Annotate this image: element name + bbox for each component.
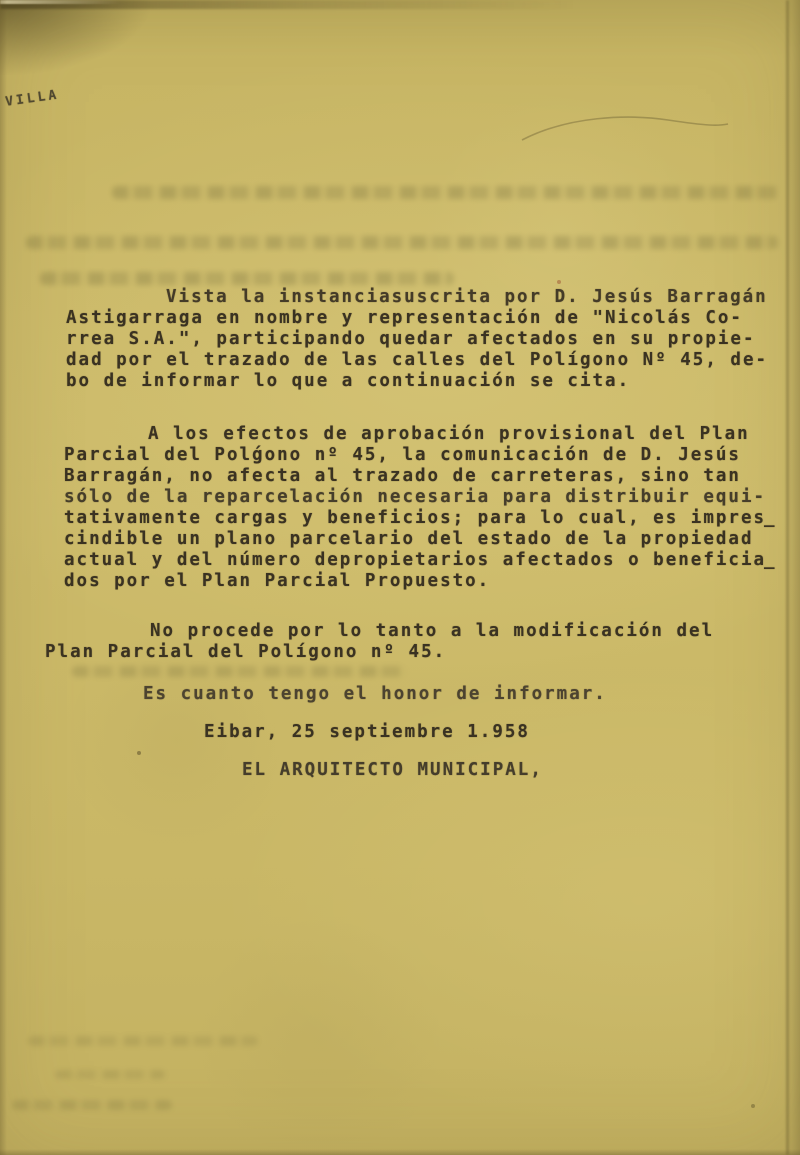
paragraph-conclusion: No procede por lo tanto a la modificació… (45, 621, 714, 663)
bleedthrough-smudge (112, 186, 778, 199)
paper-left-edge-shadow (0, 0, 7, 1155)
signature-title: EL ARQUITECTO MUNICIPAL, (242, 760, 543, 781)
bleedthrough-smudge (28, 1036, 258, 1046)
paragraph-analysis: A los efectos de aprobación provisional … (64, 424, 777, 592)
text-line: No procede por lo tanto a la modificació… (150, 621, 714, 642)
paper-bottom-edge-shadow (0, 1149, 800, 1155)
text-line: cindible un plano parcelario del estado … (64, 529, 777, 550)
text-line: Barragán, no afecta al trazado de carret… (64, 466, 777, 487)
bleedthrough-smudge (26, 236, 778, 249)
text-line: tativamente cargas y beneficios; para lo… (64, 508, 777, 529)
text-line: Parcial del Polǵono nº 45, la comunicac… (64, 445, 777, 466)
text-line: dad por el trazado de las calles del Pol… (66, 350, 768, 371)
corner-label: VILLA (4, 84, 61, 112)
bleedthrough-smudge (12, 1100, 172, 1110)
closing-statement: Es cuanto tengo el honor de informar. (143, 684, 607, 705)
text-line: Astigarraga en nombre y representación d… (66, 308, 768, 329)
paper-corner-highlight (0, 0, 120, 4)
scanned-document-page: VILLA Vista la instanciasuscrita por D. … (0, 0, 800, 1155)
text-line: Vista la instanciasuscrita por D. Jesús … (166, 287, 768, 308)
bleedthrough-smudge (72, 666, 408, 677)
text-line: Plan Parcial del Polígono nº 45. (45, 642, 714, 663)
text-line: rrea S.A.", participando quedar afectado… (66, 329, 768, 350)
text-line: actual y del número depropietarios afect… (64, 550, 777, 571)
text-line: sólo de la reparcelación necesaria para … (64, 487, 777, 508)
paper-crease (786, 0, 789, 1155)
text-line: A los efectos de aprobación provisional … (148, 424, 777, 445)
paper-specks (0, 0, 2, 2)
paper-corner-shadow (0, 0, 150, 75)
paragraph-intro: Vista la instanciasuscrita por D. Jesús … (66, 287, 768, 392)
text-line: dos por el Plan Parcial Propuesto. (64, 571, 777, 592)
dateline: Eibar, 25 septiembre 1.958 (204, 722, 530, 743)
pen-scratch-mark (518, 110, 733, 152)
bleedthrough-smudge (55, 1070, 165, 1079)
bleedthrough-smudge (40, 272, 454, 285)
text-line: bo de informar lo que a continuación se … (66, 371, 768, 392)
